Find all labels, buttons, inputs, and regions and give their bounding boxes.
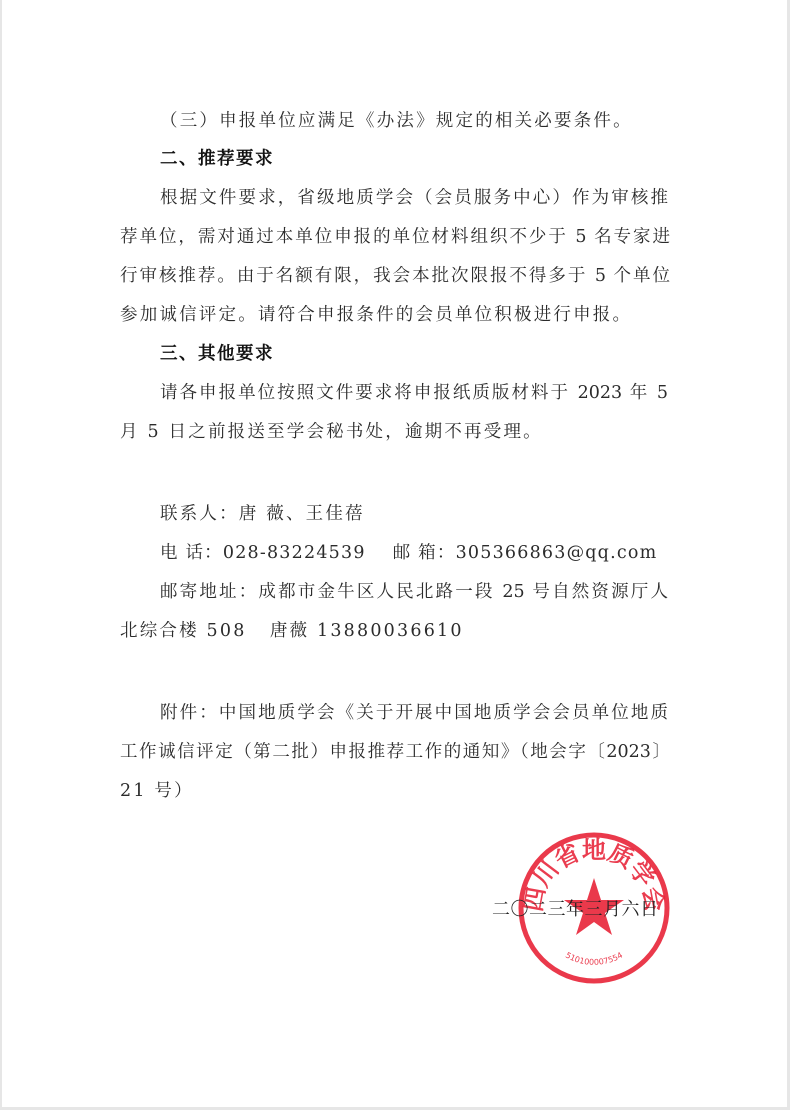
paragraph-line: 根据文件要求，省级地质学会（会员服务中心）作为审核推 <box>160 186 668 210</box>
contact-person: 联系人：唐 薇、王佳蓓 <box>160 502 710 526</box>
section-heading-other: 三、其他要求 <box>160 342 710 366</box>
paragraph-line: 月 5 日之前报送至学会秘书处，逾期不再受理。 <box>120 420 670 444</box>
attachment-line: 工作诚信评定（第二批）申报推荐工作的通知》（地会字〔2023〕 <box>120 740 670 764</box>
attachment-line: 附件：中国地质学会《关于开展中国地质学会会员单位地质 <box>160 701 668 725</box>
contact-phone-email: 电 话：028-83224539 邮 箱：305366863@qq.com <box>160 541 710 565</box>
paragraph-line: 行审核推荐。由于名额有限，我会本批次限报不得多于 5 个单位 <box>120 264 670 288</box>
attachment-line: 21 号） <box>120 779 670 803</box>
issue-date: 二〇二三年三月六日 <box>492 898 659 922</box>
section-heading-recommendation: 二、推荐要求 <box>160 147 710 171</box>
paragraph-line: 请各申报单位按照文件要求将申报纸质版材料于 2023 年 5 <box>160 381 668 405</box>
document-page: （三）申报单位应满足《办法》规定的相关必要条件。 二、推荐要求 根据文件要求，省… <box>2 0 787 1107</box>
condition-3: （三）申报单位应满足《办法》规定的相关必要条件。 <box>160 109 710 133</box>
svg-text:510100007554: 510100007554 <box>564 951 624 967</box>
mailing-address: 邮寄地址：成都市金牛区人民北路一段 25 号自然资源厅人 <box>160 580 668 604</box>
paragraph-line: 参加诚信评定。请符合申报条件的会员单位积极进行申报。 <box>120 303 670 327</box>
paragraph-line: 荐单位，需对通过本单位申报的单位材料组织不少于 5 名专家进 <box>120 225 670 249</box>
mailing-address-cont: 北综合楼 508 唐薇 13880036610 <box>120 619 670 643</box>
